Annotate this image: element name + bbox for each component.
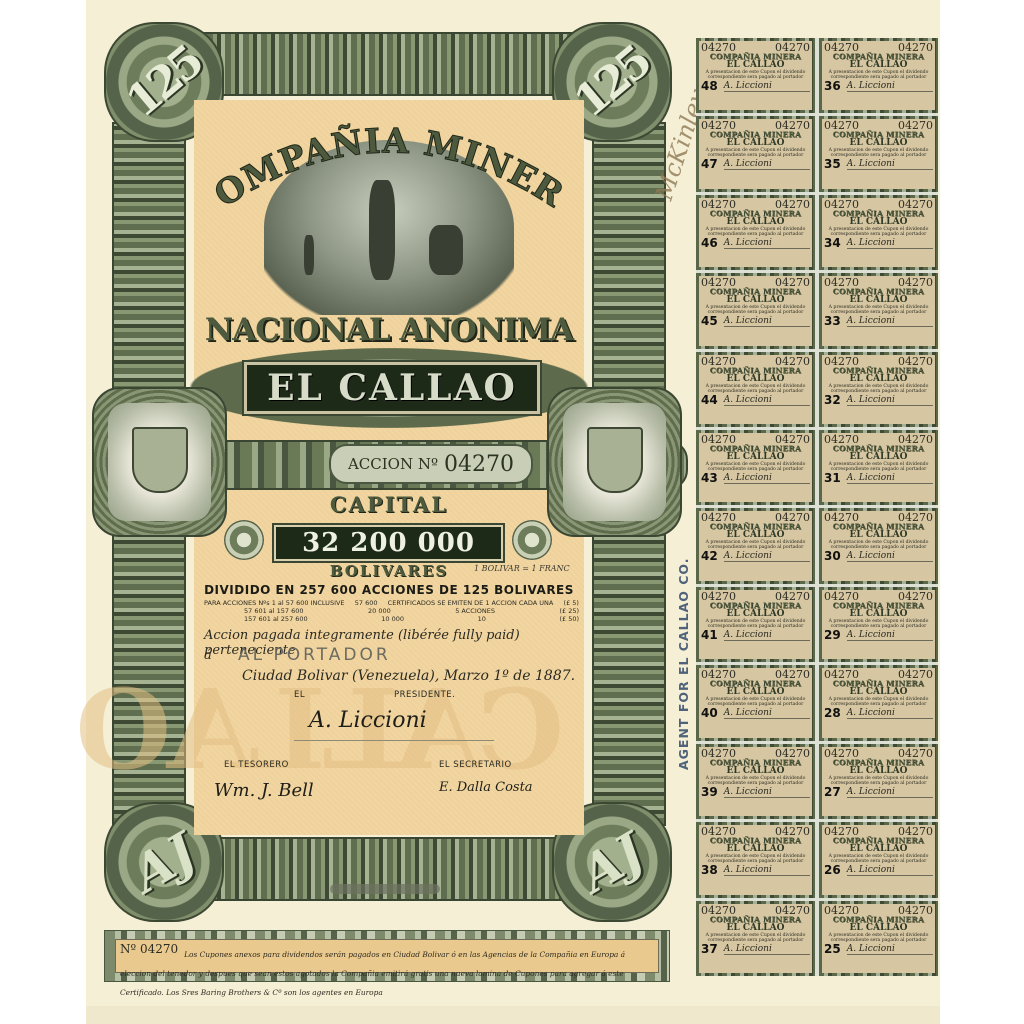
coupon-number: 37 [701,943,718,955]
dividend-coupon[interactable]: 0427004270 COMPAÑIA MINERA EL CALLAO A p… [819,744,938,819]
president-label: PRESIDENTE. [394,690,455,700]
coupon-signature: A. Liccioni [847,395,933,406]
venezuela-coat-of-arms [92,387,227,537]
dividend-coupon[interactable]: 0427004270 COMPAÑIA MINERA EL CALLAO A p… [696,430,815,505]
dividend-coupon[interactable]: 0427004270 COMPAÑIA MINERA EL CALLAO A p… [819,352,938,427]
coupon-company-name: EL CALLAO [822,767,935,776]
coupon-number: 26 [824,864,841,876]
dividend-coupon[interactable]: 0427004270 COMPAÑIA MINERA EL CALLAO A p… [819,38,938,113]
dividend-coupon[interactable]: 0427004270 COMPAÑIA MINERA EL CALLAO A p… [819,665,938,740]
dividend-coupon[interactable]: 0427004270 COMPAÑIA MINERA EL CALLAO A p… [819,508,938,583]
coupon-number: 35 [824,158,841,170]
coupon-serial: 04270 [775,905,810,916]
printer-imprint [330,884,440,894]
coupon-signature: A. Liccioni [847,708,933,719]
coupon-signature: A. Liccioni [724,551,810,562]
coupon-number: 34 [824,237,841,249]
agent-stamp: AGENT FOR EL CALLAO CO. [676,557,691,770]
coupon-number: 48 [701,80,718,92]
coupon-company-name: EL CALLAO [699,61,812,70]
coupon-company-name: EL CALLAO [822,610,935,619]
dividend-coupon[interactable]: 0427004270 COMPAÑIA MINERA EL CALLAO A p… [819,430,938,505]
coupon-company-name: EL CALLAO [699,453,812,462]
coupon-serial: 04270 [701,905,736,916]
coupon-notice-strip: Nº 04270 Los Cupones anexos para dividen… [104,930,670,982]
coupon-number: 29 [824,629,841,641]
coupon-number: 43 [701,472,718,484]
capital-amount-box: 32 200 000 [274,525,503,561]
share-number-box: ACCION Nº 04270 [329,444,533,484]
secretary-signature: E. Dalla Costa [439,780,533,795]
coupon-signature: A. Liccioni [724,316,810,327]
coupon-company-name: EL CALLAO [822,61,935,70]
coupon-serial: 04270 [898,356,933,367]
tranche-row: 157 601 al 257 60010 00010(£ 50) [204,615,579,623]
coupon-number: 32 [824,394,841,406]
coupon-serial: 04270 [824,905,859,916]
coupon-company-name: EL CALLAO [822,375,935,384]
dividend-coupon[interactable]: 0427004270 COMPAÑIA MINERA EL CALLAO A p… [696,822,815,897]
share-number-label: ACCION Nº [348,455,438,473]
coupon-number: 44 [701,394,718,406]
coupon-number: 36 [824,80,841,92]
rosette-right [512,520,552,560]
company-title-bottom: NACIONAL ANONIMA [202,312,576,348]
dividend-coupon[interactable]: 0427004270 COMPAÑIA MINERA EL CALLAO A p… [696,116,815,191]
coupon-number: 25 [824,943,841,955]
miner-figure [429,225,463,275]
share-certificate: 125 125 AJ AJ CALLAO COMPAÑIA MINERA NAC… [92,12,684,917]
coupon-signature: A. Liccioni [847,787,933,798]
divided-shares-text: DIVIDIDO EN 257 600 ACCIONES DE 125 BOLI… [194,583,584,597]
dividend-coupon[interactable]: 0427004270 COMPAÑIA MINERA EL CALLAO A p… [819,195,938,270]
coupon-number: 33 [824,315,841,327]
coupon-company-name: EL CALLAO [699,610,812,619]
dividend-coupon[interactable]: 0427004270 COMPAÑIA MINERA EL CALLAO A p… [819,273,938,348]
dividend-coupon[interactable]: 0427004270 COMPAÑIA MINERA EL CALLAO A p… [819,901,938,976]
coupon-signature: A. Liccioni [847,473,933,484]
coupon-serial: 04270 [775,356,810,367]
president-label-el: EL [294,690,305,700]
dividend-coupon[interactable]: 0427004270 COMPAÑIA MINERA EL CALLAO A p… [696,665,815,740]
coupon-number: 39 [701,786,718,798]
dividend-coupon[interactable]: 0427004270 COMPAÑIA MINERA EL CALLAO A p… [696,901,815,976]
coupon-signature: A. Liccioni [847,316,933,327]
coupon-number: 45 [701,315,718,327]
coupon-serial: 04270 [701,356,736,367]
dividend-coupon[interactable]: 0427004270 COMPAÑIA MINERA EL CALLAO A p… [696,587,815,662]
coupon-signature: A. Liccioni [724,395,810,406]
coupon-signature: A. Liccioni [847,551,933,562]
treasurer-label: EL TESORERO [224,760,289,770]
coupon-number: 47 [701,158,718,170]
president-signature: A. Liccioni [309,708,427,733]
coupon-signature: A. Liccioni [847,944,933,955]
coupon-sheet: 0427004270 COMPAÑIA MINERA EL CALLAO A p… [696,38,938,976]
dividend-coupon[interactable]: 0427004270 COMPAÑIA MINERA EL CALLAO A p… [696,352,815,427]
coupon-signature: A. Liccioni [724,708,810,719]
coupon-number: 30 [824,550,841,562]
coupon-company-name: EL CALLAO [822,218,935,227]
currency-note: 1 BOLIVAR = 1 FRANC [474,564,570,573]
coupon-company-name: EL CALLAO [699,296,812,305]
coupon-number: 38 [701,864,718,876]
rosette-left [224,520,264,560]
coupon-company-name: EL CALLAO [699,375,812,384]
holder-name: AL PORTADOR [238,645,391,665]
coupon-company-name: EL CALLAO [822,453,935,462]
coupon-company-name: EL CALLAO [822,296,935,305]
coupon-signature: A. Liccioni [724,81,810,92]
company-title-top: COMPAÑIA MINERA [194,110,571,216]
center-panel: CALLAO COMPAÑIA MINERA NACIONAL ANONIMA … [194,100,584,835]
coupon-signature: A. Liccioni [847,81,933,92]
coupon-signature: A. Liccioni [724,159,810,170]
dividend-coupon[interactable]: 0427004270 COMPAÑIA MINERA EL CALLAO A p… [696,744,815,819]
coupon-company-name: EL CALLAO [822,688,935,697]
tranche-row: PARA ACCIONES Nºs 1 al 57 600 INCLUSIVE5… [204,599,579,607]
coupon-signature: A. Liccioni [847,865,933,876]
top-border [187,32,591,96]
coupon-signature: A. Liccioni [724,865,810,876]
coupon-signature: A. Liccioni [724,630,810,641]
coupon-serial: 04270 [824,356,859,367]
svg-text:COMPAÑIA MINERA: COMPAÑIA MINERA [194,110,571,216]
company-name: EL CALLAO [267,367,517,409]
coupon-signature: A. Liccioni [724,473,810,484]
coupon-number: 41 [701,629,718,641]
share-tranches: PARA ACCIONES Nºs 1 al 57 600 INCLUSIVE5… [204,599,579,623]
coupon-number: 28 [824,707,841,719]
dividend-coupon[interactable]: 0427004270 COMPAÑIA MINERA EL CALLAO A p… [696,38,815,113]
coupon-company-name: EL CALLAO [822,845,935,854]
coupon-number: 46 [701,237,718,249]
coupon-number: 27 [824,786,841,798]
dividend-coupon[interactable]: 0427004270 COMPAÑIA MINERA EL CALLAO A p… [696,273,815,348]
dividend-coupon[interactable]: 0427004270 COMPAÑIA MINERA EL CALLAO A p… [819,116,938,191]
miner-figure [304,235,314,275]
tranche-row: 57 601 al 157 60020 0005 ACCIONES(£ 25) [204,607,579,615]
coupon-signature: A. Liccioni [724,787,810,798]
title-arc: COMPAÑIA MINERA [194,110,584,220]
coupon-signature: A. Liccioni [724,238,810,249]
coupon-signature: A. Liccioni [847,238,933,249]
secretary-label: EL SECRETARIO [439,760,512,770]
signature-line [294,740,494,741]
coupon-company-name: EL CALLAO [699,924,812,933]
company-coat-of-arms [547,387,682,537]
coupon-number: 40 [701,707,718,719]
share-number: 04270 [444,452,514,477]
coupon-number: 42 [701,550,718,562]
dividend-coupon[interactable]: 0427004270 COMPAÑIA MINERA EL CALLAO A p… [696,508,815,583]
treasurer-signature: Wm. J. Bell [214,780,314,801]
strip-number: Nº 04270 [120,942,178,956]
place-date: Ciudad Bolivar (Venezuela), Marzo 1º de … [242,668,575,684]
dividend-coupon[interactable]: 0427004270 COMPAÑIA MINERA EL CALLAO A p… [696,195,815,270]
coupon-company-name: EL CALLAO [699,845,812,854]
coupon-company-name: EL CALLAO [699,218,812,227]
coupon-company-name: EL CALLAO [822,924,935,933]
dividend-coupon[interactable]: 0427004270 COMPAÑIA MINERA EL CALLAO A p… [819,822,938,897]
coupon-signature: A. Liccioni [847,159,933,170]
capital-amount: 32 200 000 [302,528,475,558]
dividend-coupon[interactable]: 0427004270 COMPAÑIA MINERA EL CALLAO A p… [819,587,938,662]
coupon-company-name: EL CALLAO [699,767,812,776]
coupon-serial: 04270 [898,905,933,916]
coupon-signature: A. Liccioni [724,944,810,955]
coupon-signature: A. Liccioni [847,630,933,641]
holder-prefix: á [204,648,212,663]
coupon-number: 31 [824,472,841,484]
coupon-company-name: EL CALLAO [699,688,812,697]
capital-label: CAPITAL [194,492,584,517]
company-name-box: EL CALLAO [244,362,540,414]
